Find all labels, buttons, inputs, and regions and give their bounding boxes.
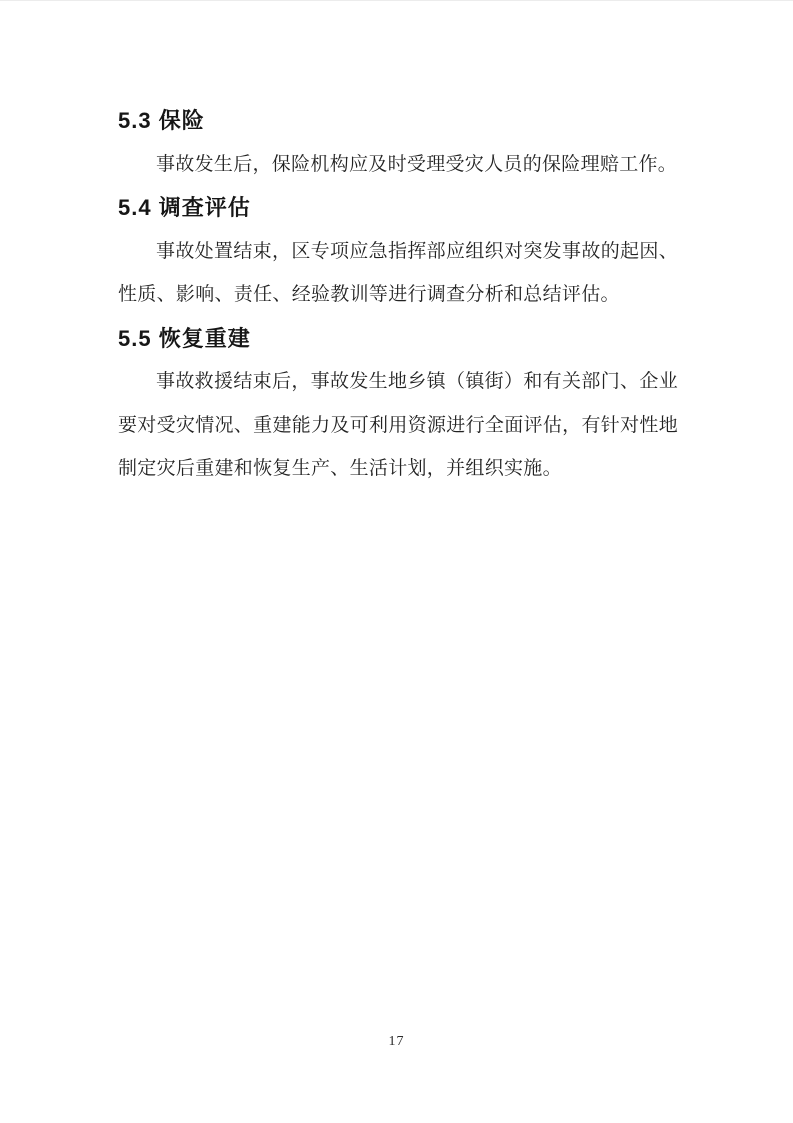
section-heading: 5.4 调查评估 [118,186,678,230]
section-recovery-reconstruction: 5.5 恢复重建 事故救援结束后，事故发生地乡镇（镇街）和有关部门、企业要对受灾… [118,317,678,491]
page-content: 5.3 保险 事故发生后，保险机构应及时受理受灾人员的保险理赔工作。 5.4 调… [118,99,678,491]
paragraph: 事故处置结束，区专项应急指挥部应组织对突发事故的起因、性质、影响、责任、经验教训… [118,230,678,317]
document-page: { "page": { "background_color": "#ffffff… [0,0,793,1123]
section-investigation-evaluation: 5.4 调查评估 事故处置结束，区专项应急指挥部应组织对突发事故的起因、性质、影… [118,186,678,317]
paragraph: 事故发生后，保险机构应及时受理受灾人员的保险理赔工作。 [118,143,678,187]
section-heading: 5.5 恢复重建 [118,317,678,361]
section-insurance: 5.3 保险 事故发生后，保险机构应及时受理受灾人员的保险理赔工作。 [118,99,678,186]
page-number: 17 [0,1034,793,1050]
paragraph: 事故救援结束后，事故发生地乡镇（镇街）和有关部门、企业要对受灾情况、重建能力及可… [118,360,678,491]
section-heading: 5.3 保险 [118,99,678,143]
